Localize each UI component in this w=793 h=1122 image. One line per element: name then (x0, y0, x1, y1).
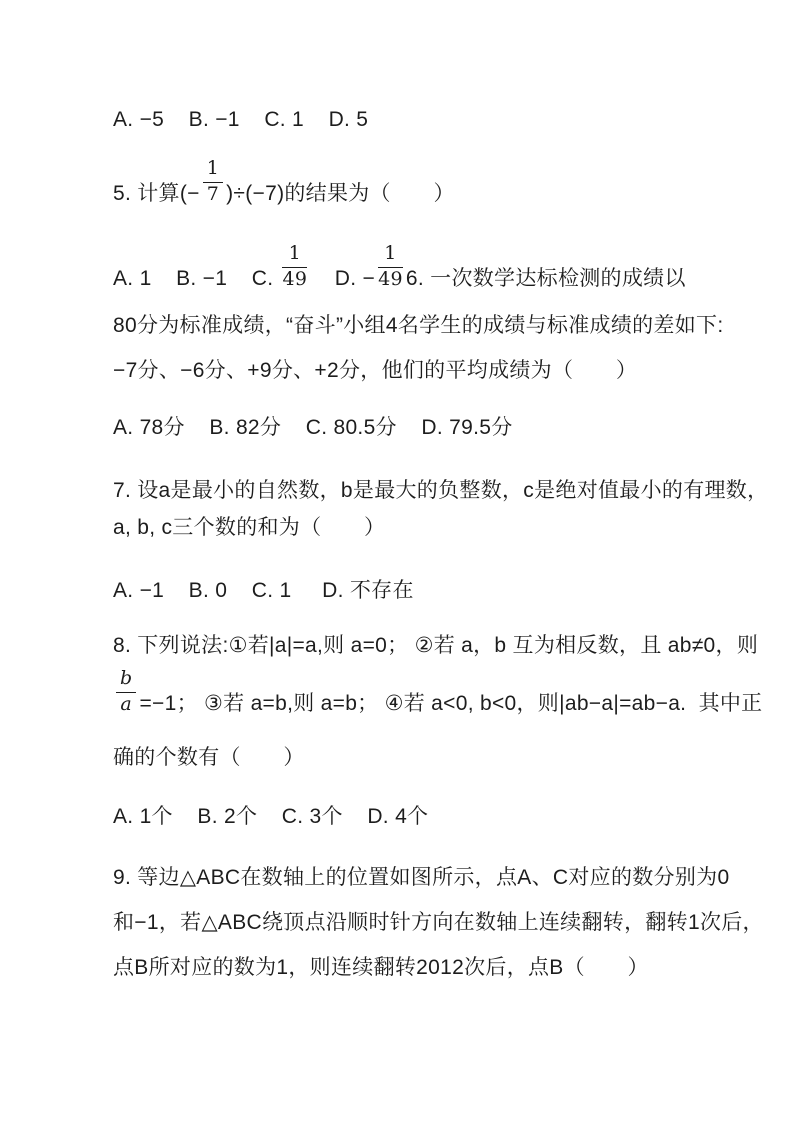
fraction-denominator: 49 (378, 268, 403, 291)
q6-stem-start: 6. 一次数学达标检测的成绩以 (406, 267, 686, 290)
question-8-line-3: 确的个数有（ ） (113, 744, 743, 772)
fraction-denominator: a (116, 693, 136, 716)
q9-line-3-text: 点B所对应的数为1，则连续翻转2012次后，点B（ ） (113, 956, 649, 979)
question-7-line-2: a, b, c三个数的和为（ ） (113, 514, 743, 542)
question-7-line-1: 7. 设a是最小的自然数，b是最大的负整数，c是绝对值最小的有理数， (113, 477, 743, 505)
fraction-one-seventh: 17 (203, 158, 223, 206)
question-9-line-1: 9. 等边△ABC在数轴上的位置如图所示，点A、C对应的数分别为0 (113, 864, 743, 892)
q7-line-1-text: 7. 设a是最小的自然数，b是最大的负整数，c是绝对值最小的有理数， (113, 479, 768, 502)
fraction-denominator: 7 (203, 183, 223, 206)
question-9-line-3: 点B所对应的数为1，则连续翻转2012次后，点B（ ） (113, 954, 743, 982)
question-9-line-2: 和−1，若△ABC绕顶点沿顺时针方向在数轴上连续翻转，翻转1次后， (113, 909, 743, 937)
q6-line-2-text: 80分为标准成绩，“奋斗”小组4名学生的成绩与标准成绩的差如下: (113, 314, 723, 337)
fraction-b-over-a: ba (116, 668, 136, 716)
q7-line-2-text: a, b, c三个数的和为（ ） (113, 516, 385, 539)
fraction-numerator: 1 (203, 158, 223, 183)
worksheet-page: A. −5 B. −1 C. 1 D. 5 5. 计算(−17)÷(−7)的结果… (0, 0, 793, 1122)
fraction-numerator: b (116, 668, 136, 693)
question-5-stem-line: 5. 计算(−17)÷(−7)的结果为（ ） (113, 158, 743, 208)
q5-stem-post: )÷(−7)的结果为（ ） (226, 182, 455, 205)
q7-options-text: A. −1 B. 0 C. 1 D. 不存在 (113, 579, 414, 602)
q7-options-line: A. −1 B. 0 C. 1 D. 不存在 (113, 577, 743, 605)
q6-line-2: 80分为标准成绩，“奋斗”小组4名学生的成绩与标准成绩的差如下: (113, 312, 743, 340)
q8-line-3-text: 确的个数有（ ） (113, 746, 305, 769)
q5-options-mid: D. − (310, 267, 375, 290)
question-8-line-2: ba=−1； ③若 a=b,则 a=b； ④若 a<0, b<0，则|ab−a|… (113, 668, 743, 718)
q6-line-3-text: −7分、−6分、+9分、+2分，他们的平均成绩为（ ） (113, 359, 637, 382)
fraction-denominator: 49 (282, 268, 307, 291)
fraction-one-fortyninth: 149 (282, 243, 307, 291)
fraction-negative-one-fortyninth: 149 (378, 243, 403, 291)
q6-options-line: A. 78分 B. 82分 C. 80.5分 D. 79.5分 (113, 414, 743, 442)
fraction-numerator: 1 (378, 243, 403, 268)
q8-options-line: A. 1个 B. 2个 C. 3个 D. 4个 (113, 803, 743, 831)
q5-options-pre: A. 1 B. −1 C. (113, 267, 279, 290)
q5-stem-pre: 5. 计算(− (113, 182, 200, 205)
q8-line-2-text: =−1； ③若 a=b,则 a=b； ④若 a<0, b<0，则|ab−a|=a… (139, 692, 762, 715)
fraction-numerator: 1 (282, 243, 307, 268)
q6-options-text: A. 78分 B. 82分 C. 80.5分 D. 79.5分 (113, 416, 513, 439)
q6-line-3: −7分、−6分、+9分、+2分，他们的平均成绩为（ ） (113, 357, 743, 385)
q9-line-2-text: 和−1，若△ABC绕顶点沿顺时针方向在数轴上连续翻转，翻转1次后， (113, 911, 764, 934)
q5-options-q6-start-line: A. 1 B. −1 C. 149 D. −1496. 一次数学达标检测的成绩以 (113, 243, 743, 293)
question-8-line-1: 8. 下列说法:①若|a|=a,则 a=0； ②若 a，b 互为相反数，且 ab… (113, 632, 743, 660)
q4-options-text: A. −5 B. −1 C. 1 D. 5 (113, 108, 368, 131)
q8-line-1-text: 8. 下列说法:①若|a|=a,则 a=0； ②若 a，b 互为相反数，且 ab… (113, 634, 758, 657)
q4-options-line: A. −5 B. −1 C. 1 D. 5 (113, 106, 743, 134)
q8-options-text: A. 1个 B. 2个 C. 3个 D. 4个 (113, 805, 428, 828)
q9-line-1-text: 9. 等边△ABC在数轴上的位置如图所示，点A、C对应的数分别为0 (113, 866, 729, 889)
